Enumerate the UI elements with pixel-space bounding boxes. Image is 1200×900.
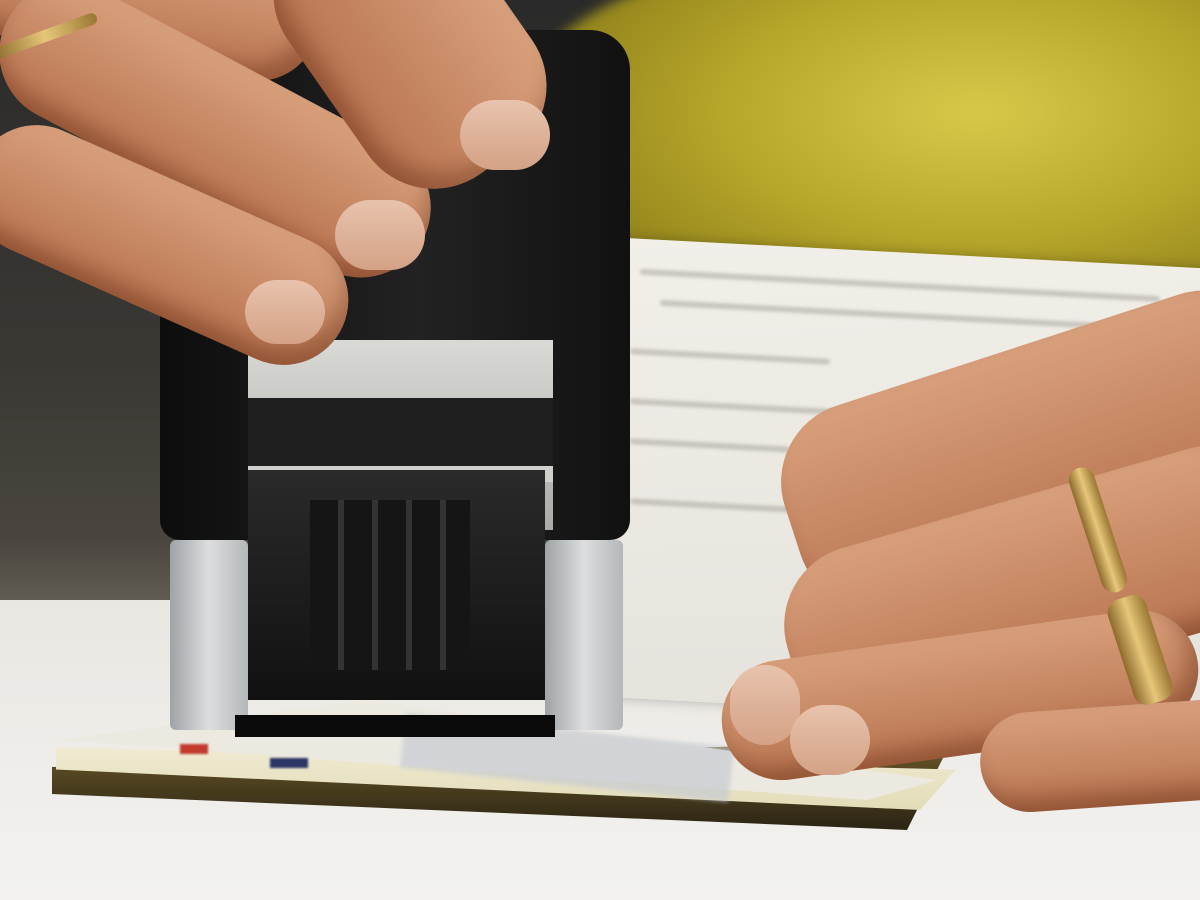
stamp-ridges xyxy=(310,500,470,670)
fingernail xyxy=(730,665,800,745)
passport-red-mark xyxy=(180,744,208,754)
right-hand xyxy=(720,345,1200,815)
fingernail xyxy=(245,280,325,344)
photo-scene xyxy=(0,0,1200,900)
stamp-rubber-pad xyxy=(235,715,555,737)
fingernail xyxy=(790,705,870,775)
stamp-leg-left xyxy=(170,540,248,730)
left-hand xyxy=(0,0,600,350)
stamp-slot xyxy=(248,398,553,466)
text-line xyxy=(640,269,1160,302)
stamp-base xyxy=(170,540,600,730)
text-line xyxy=(660,300,1140,331)
thumbnail xyxy=(460,100,550,170)
stamp-leg-right xyxy=(545,540,623,730)
passport-blue-mark xyxy=(270,758,308,768)
fingernail xyxy=(335,200,425,270)
